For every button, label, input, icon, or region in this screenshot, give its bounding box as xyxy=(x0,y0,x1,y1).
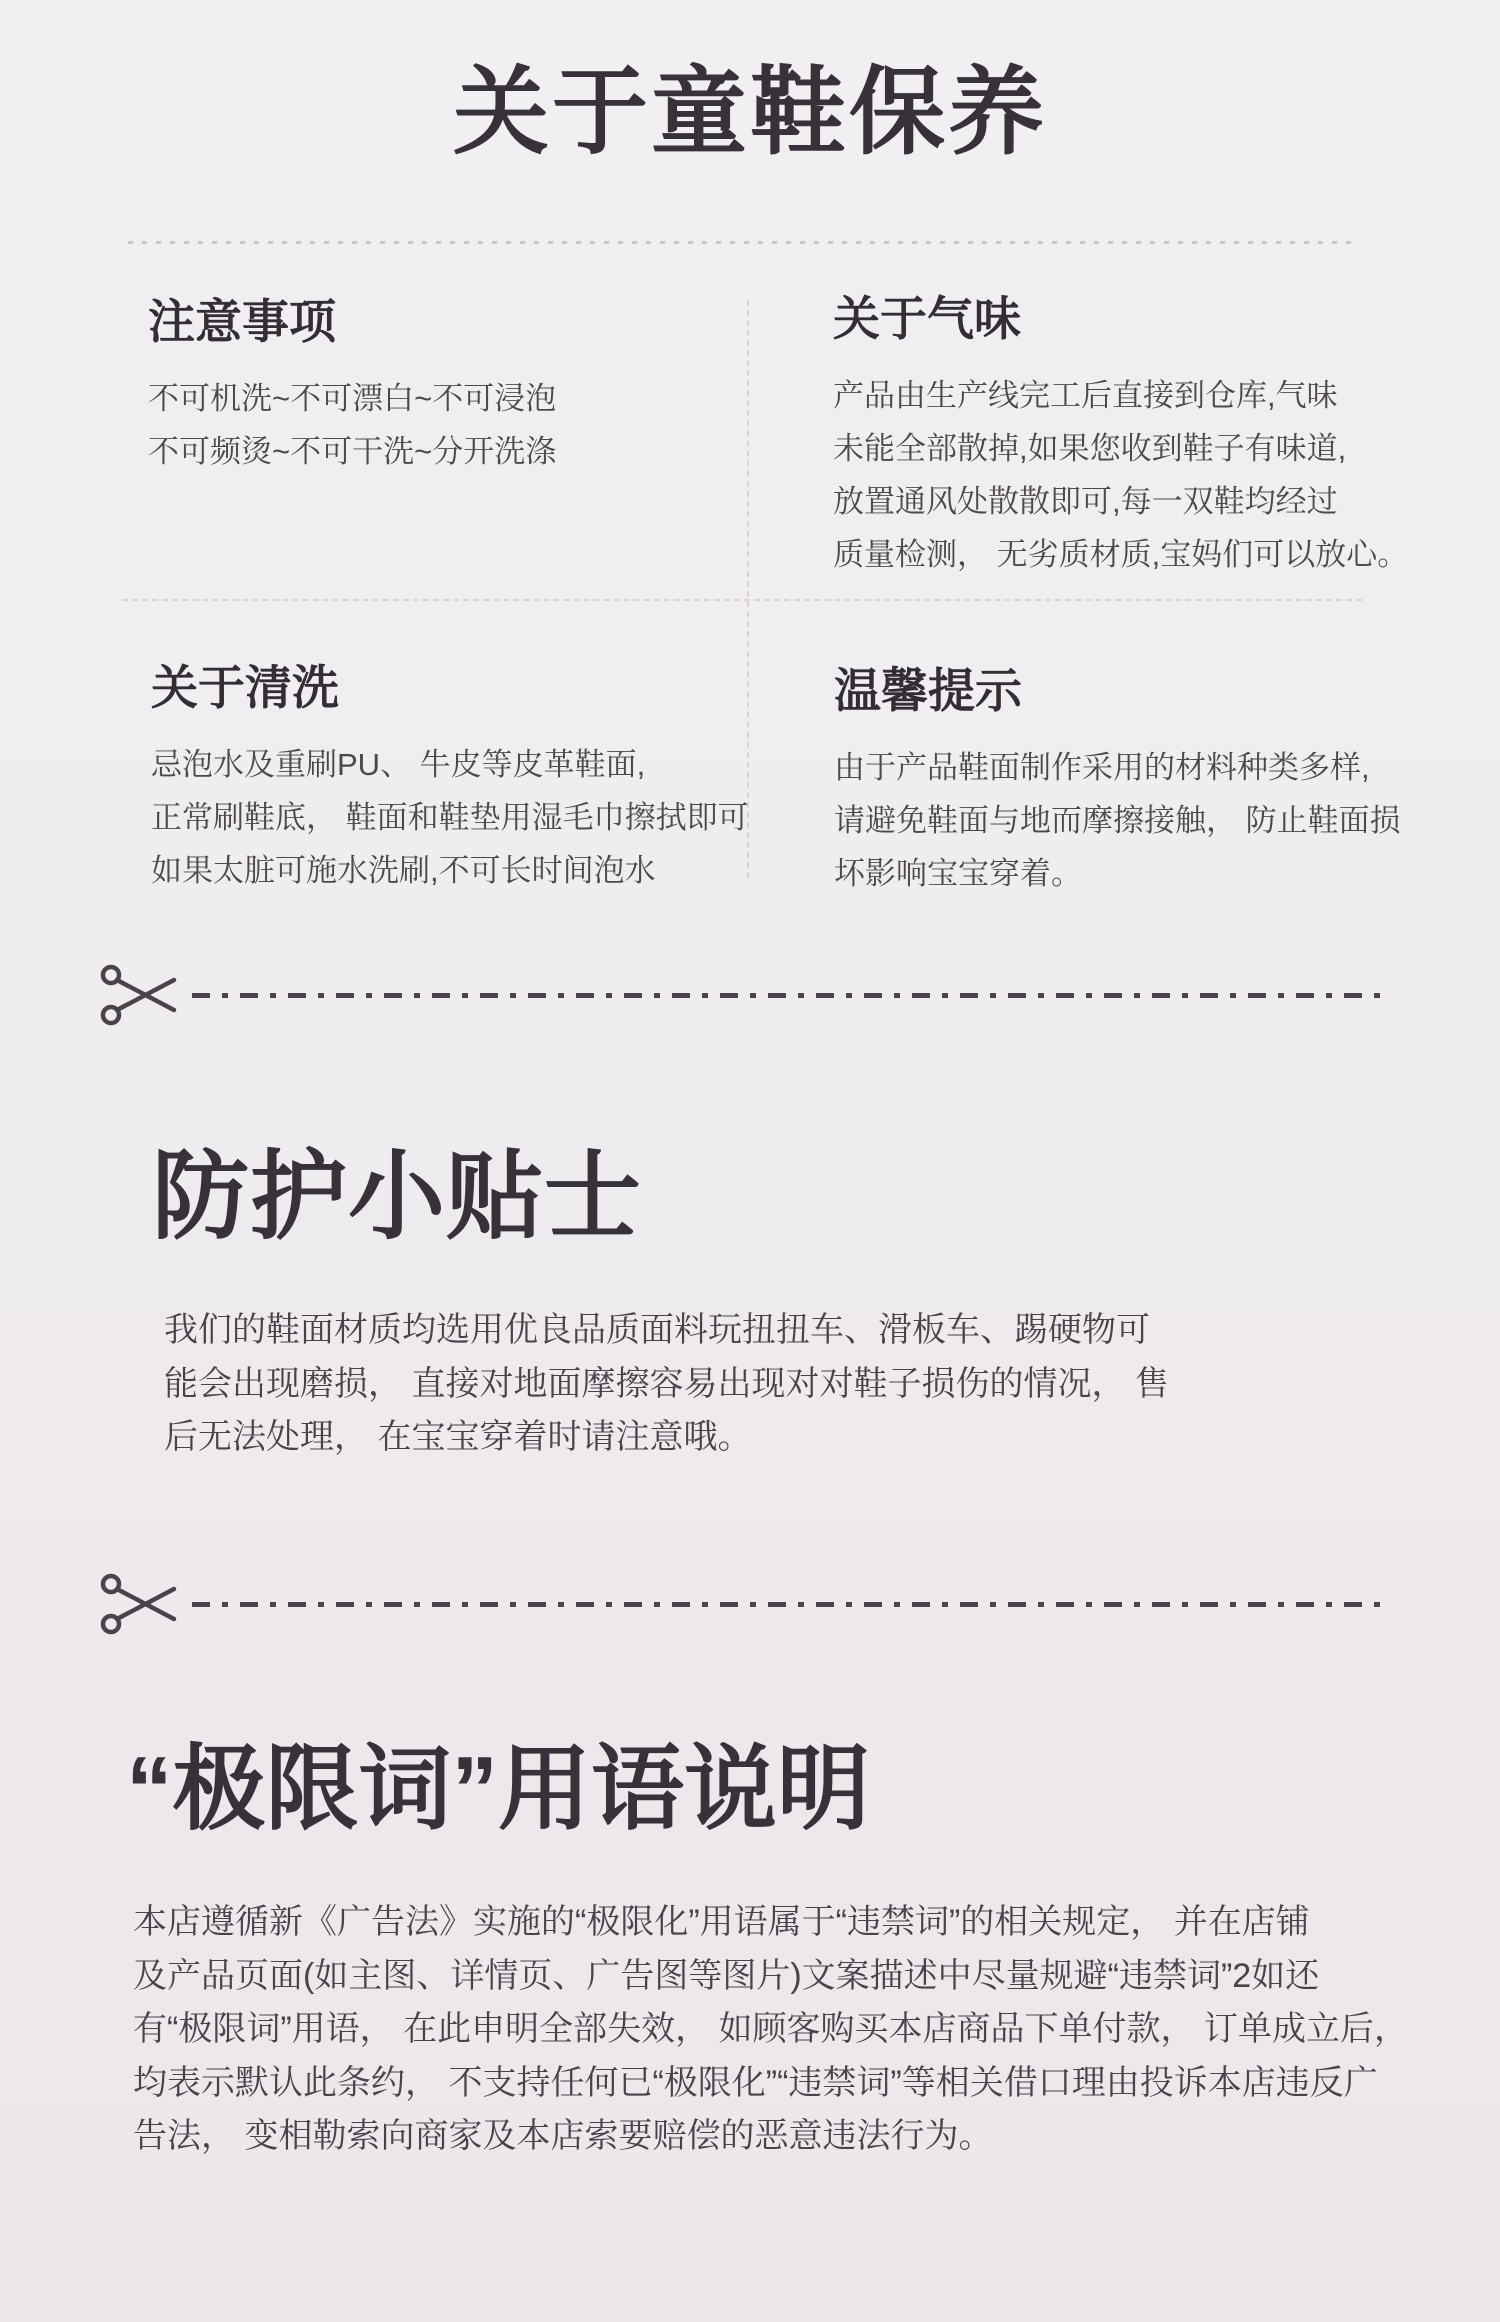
tips-line: 能会出现磨损， 直接对地面摩擦容易出现对对鞋子损伤的情况， 售 xyxy=(164,1358,1169,1412)
section-line: 质量检测， 无劣质材质,宝妈们可以放心。 xyxy=(833,528,1408,581)
limit-words-paragraph: 本店遵循新《广告法》实施的“极限化”用语属于“违禁词”的相关规定， 并在店铺 及… xyxy=(133,1896,1408,2164)
top-dotted-rule xyxy=(128,241,1353,244)
dashed-cut-line xyxy=(192,1602,1382,1607)
dashed-cut-line xyxy=(192,993,1382,998)
tips-line: 后无法处理， 在宝宝穿着时请注意哦。 xyxy=(164,1411,1169,1465)
section-line: 坏影响宝宝穿着。 xyxy=(834,847,1401,900)
tips-paragraph: 我们的鞋面材质均选用优良品质面料玩扭扭车、滑板车、踢硬物可 能会出现磨损， 直接… xyxy=(164,1304,1169,1465)
care-section-warm-tips: 温馨提示 由于产品鞋面制作采用的材料种类多样, 请避免鞋面与地而摩擦接触， 防止… xyxy=(834,663,1401,900)
tips-heading: 防护小贴士 xyxy=(152,1142,642,1252)
limit-words-heading: “极限词”用语说明 xyxy=(126,1736,870,1842)
section-heading: 关于气味 xyxy=(833,291,1408,347)
limit-words-line: 及产品页面(如主图、详情页、广告图等图片)文案描述中尽量规避“违禁词”2如还 xyxy=(133,1950,1408,2004)
scissors-icon xyxy=(100,962,182,1028)
page-title: 关于童鞋保养 xyxy=(0,36,1500,173)
care-section-precautions: 注意事项 不可机洗~不可漂白~不可浸泡 不可频烫~不可干洗~分开洗涤 xyxy=(148,294,556,478)
tips-line: 我们的鞋面材质均选用优良品质面料玩扭扭车、滑板车、踢硬物可 xyxy=(164,1304,1169,1358)
limit-words-line: 告法， 变相勒索向商家及本店索要赔偿的恶意违法行为。 xyxy=(133,2110,1408,2164)
section-heading: 关于清洗 xyxy=(151,660,749,716)
limit-words-line: 均表示默认此条约， 不支持任何已“极限化”“违禁词”等相关借口理由投诉本店违反广 xyxy=(133,2057,1408,2111)
section-line: 请避免鞋面与地而摩擦接触， 防止鞋面损 xyxy=(834,794,1401,847)
care-section-odor: 关于气味 产品由生产线完工后直接到仓库,气味 未能全部散掉,如果您收到鞋子有味道… xyxy=(833,291,1408,581)
section-heading: 注意事项 xyxy=(148,294,556,350)
section-line: 产品由生产线完工后直接到仓库,气味 xyxy=(833,369,1408,422)
section-line: 正常刷鞋底， 鞋面和鞋垫用湿毛巾擦拭即可 xyxy=(151,791,749,844)
limit-words-line: 本店遵循新《广告法》实施的“极限化”用语属于“违禁词”的相关规定， 并在店铺 xyxy=(133,1896,1408,1950)
section-line: 不可机洗~不可漂白~不可浸泡 xyxy=(148,372,556,425)
limit-words-line: 有“极限词”用语， 在此申明全部失效， 如顾客购买本店商品下单付款， 订单成立后… xyxy=(133,2003,1408,2057)
section-line: 由于产品鞋面制作采用的材料种类多样, xyxy=(834,741,1401,794)
section-line: 如果太脏可施水洗刷,不可长时间泡水 xyxy=(151,844,749,897)
section-heading: 温馨提示 xyxy=(834,663,1401,719)
section-line: 忌泡水及重刷PU、 牛皮等皮革鞋面, xyxy=(151,738,749,791)
quadrant-divider-horizontal xyxy=(122,599,1362,601)
scissors-icon xyxy=(100,1571,182,1637)
care-section-cleaning: 关于清洗 忌泡水及重刷PU、 牛皮等皮革鞋面, 正常刷鞋底， 鞋面和鞋垫用湿毛巾… xyxy=(151,660,749,897)
section-line: 放置通风处散散即可,每一双鞋均经过 xyxy=(833,475,1408,528)
section-line: 未能全部散掉,如果您收到鞋子有味道, xyxy=(833,422,1408,475)
section-line: 不可频烫~不可干洗~分开洗涤 xyxy=(148,425,556,478)
shoe-care-page: 关于童鞋保养 注意事项 不可机洗~不可漂白~不可浸泡 不可频烫~不可干洗~分开洗… xyxy=(0,0,1500,2322)
